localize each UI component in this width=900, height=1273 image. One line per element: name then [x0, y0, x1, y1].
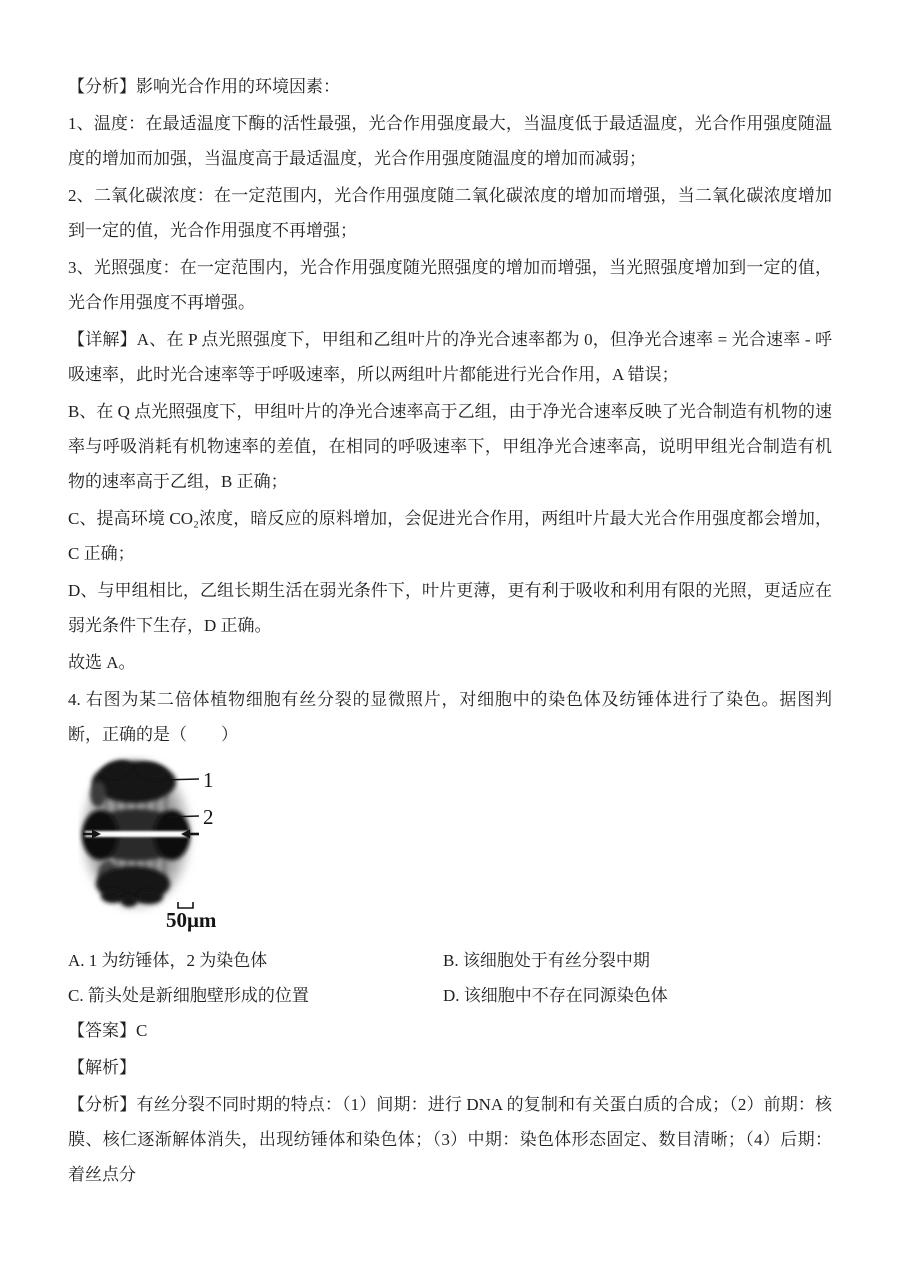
- analysis-head-paragraph: 【解析】: [68, 1050, 832, 1085]
- option-a: A. 1 为纺锤体，2 为染色体: [68, 943, 443, 978]
- pointer-line-2: [168, 816, 199, 817]
- factor-temperature-paragraph: 1、温度：在最适温度下酶的活性最强，光合作用强度最大，当温度低于最适温度，光合作…: [68, 106, 832, 176]
- analysis-intro-paragraph: 【分析】影响光合作用的环境因素：: [68, 69, 832, 104]
- options-row-ab: A. 1 为纺锤体，2 为染色体 B. 该细胞处于有丝分裂中期: [68, 943, 832, 978]
- factor-light-paragraph: 3、光照强度：在一定范围内，光合作用强度随光照强度的增加而增强，当光照强度增加到…: [68, 250, 832, 320]
- conclusion-paragraph: 故选 A。: [68, 645, 832, 680]
- detail-option-b-paragraph: B、在 Q 点光照强度下，甲组叶片的净光合速率高于乙组，由于净光合速率反映了光合…: [68, 394, 832, 499]
- answer-paragraph: 【答案】C: [68, 1013, 832, 1048]
- factor-co2-paragraph: 2、二氧化碳浓度：在一定范围内，光合作用强度随二氧化碳浓度的增加而增强，当二氧化…: [68, 178, 832, 248]
- options-row-cd: C. 箭头处是新细胞壁形成的位置 D. 该细胞中不存在同源染色体: [68, 978, 832, 1013]
- pointer-line-1: [162, 779, 199, 780]
- option-d: D. 该细胞中不存在同源染色体: [443, 978, 832, 1013]
- option-c: C. 箭头处是新细胞壁形成的位置: [68, 978, 443, 1013]
- mitosis-figure: 1 2 50μm: [68, 754, 832, 939]
- cell-micrograph: 1 2 50μm: [78, 754, 318, 939]
- detail-option-a-paragraph: 【详解】A、在 P 点光照强度下，甲组和乙组叶片的净光合速率都为 0，但净光合速…: [68, 322, 832, 392]
- figure-label-2: 2: [203, 805, 214, 829]
- option-b: B. 该细胞处于有丝分裂中期: [443, 943, 832, 978]
- scale-bar-label: 50μm: [166, 908, 217, 932]
- detail-option-c-paragraph: C、提高环境 CO₂浓度，暗反应的原料增加，会促进光合作用，两组叶片最大光合作用…: [68, 501, 832, 571]
- q4-analysis-paragraph: 【分析】有丝分裂不同时期的特点：（1）间期：进行 DNA 的复制和有关蛋白质的合…: [68, 1087, 832, 1192]
- figure-label-1: 1: [203, 768, 214, 792]
- document-page: 【分析】影响光合作用的环境因素： 1、温度：在最适温度下酶的活性最强，光合作用强…: [0, 0, 900, 1273]
- detail-option-d-paragraph: D、与甲组相比，乙组长期生活在弱光条件下，叶片更薄，更有利于吸收和利用有限的光照…: [68, 573, 832, 643]
- question4-stem-paragraph: 4. 右图为某二倍体植物细胞有丝分裂的显微照片，对细胞中的染色体及纺锤体进行了染…: [68, 682, 832, 752]
